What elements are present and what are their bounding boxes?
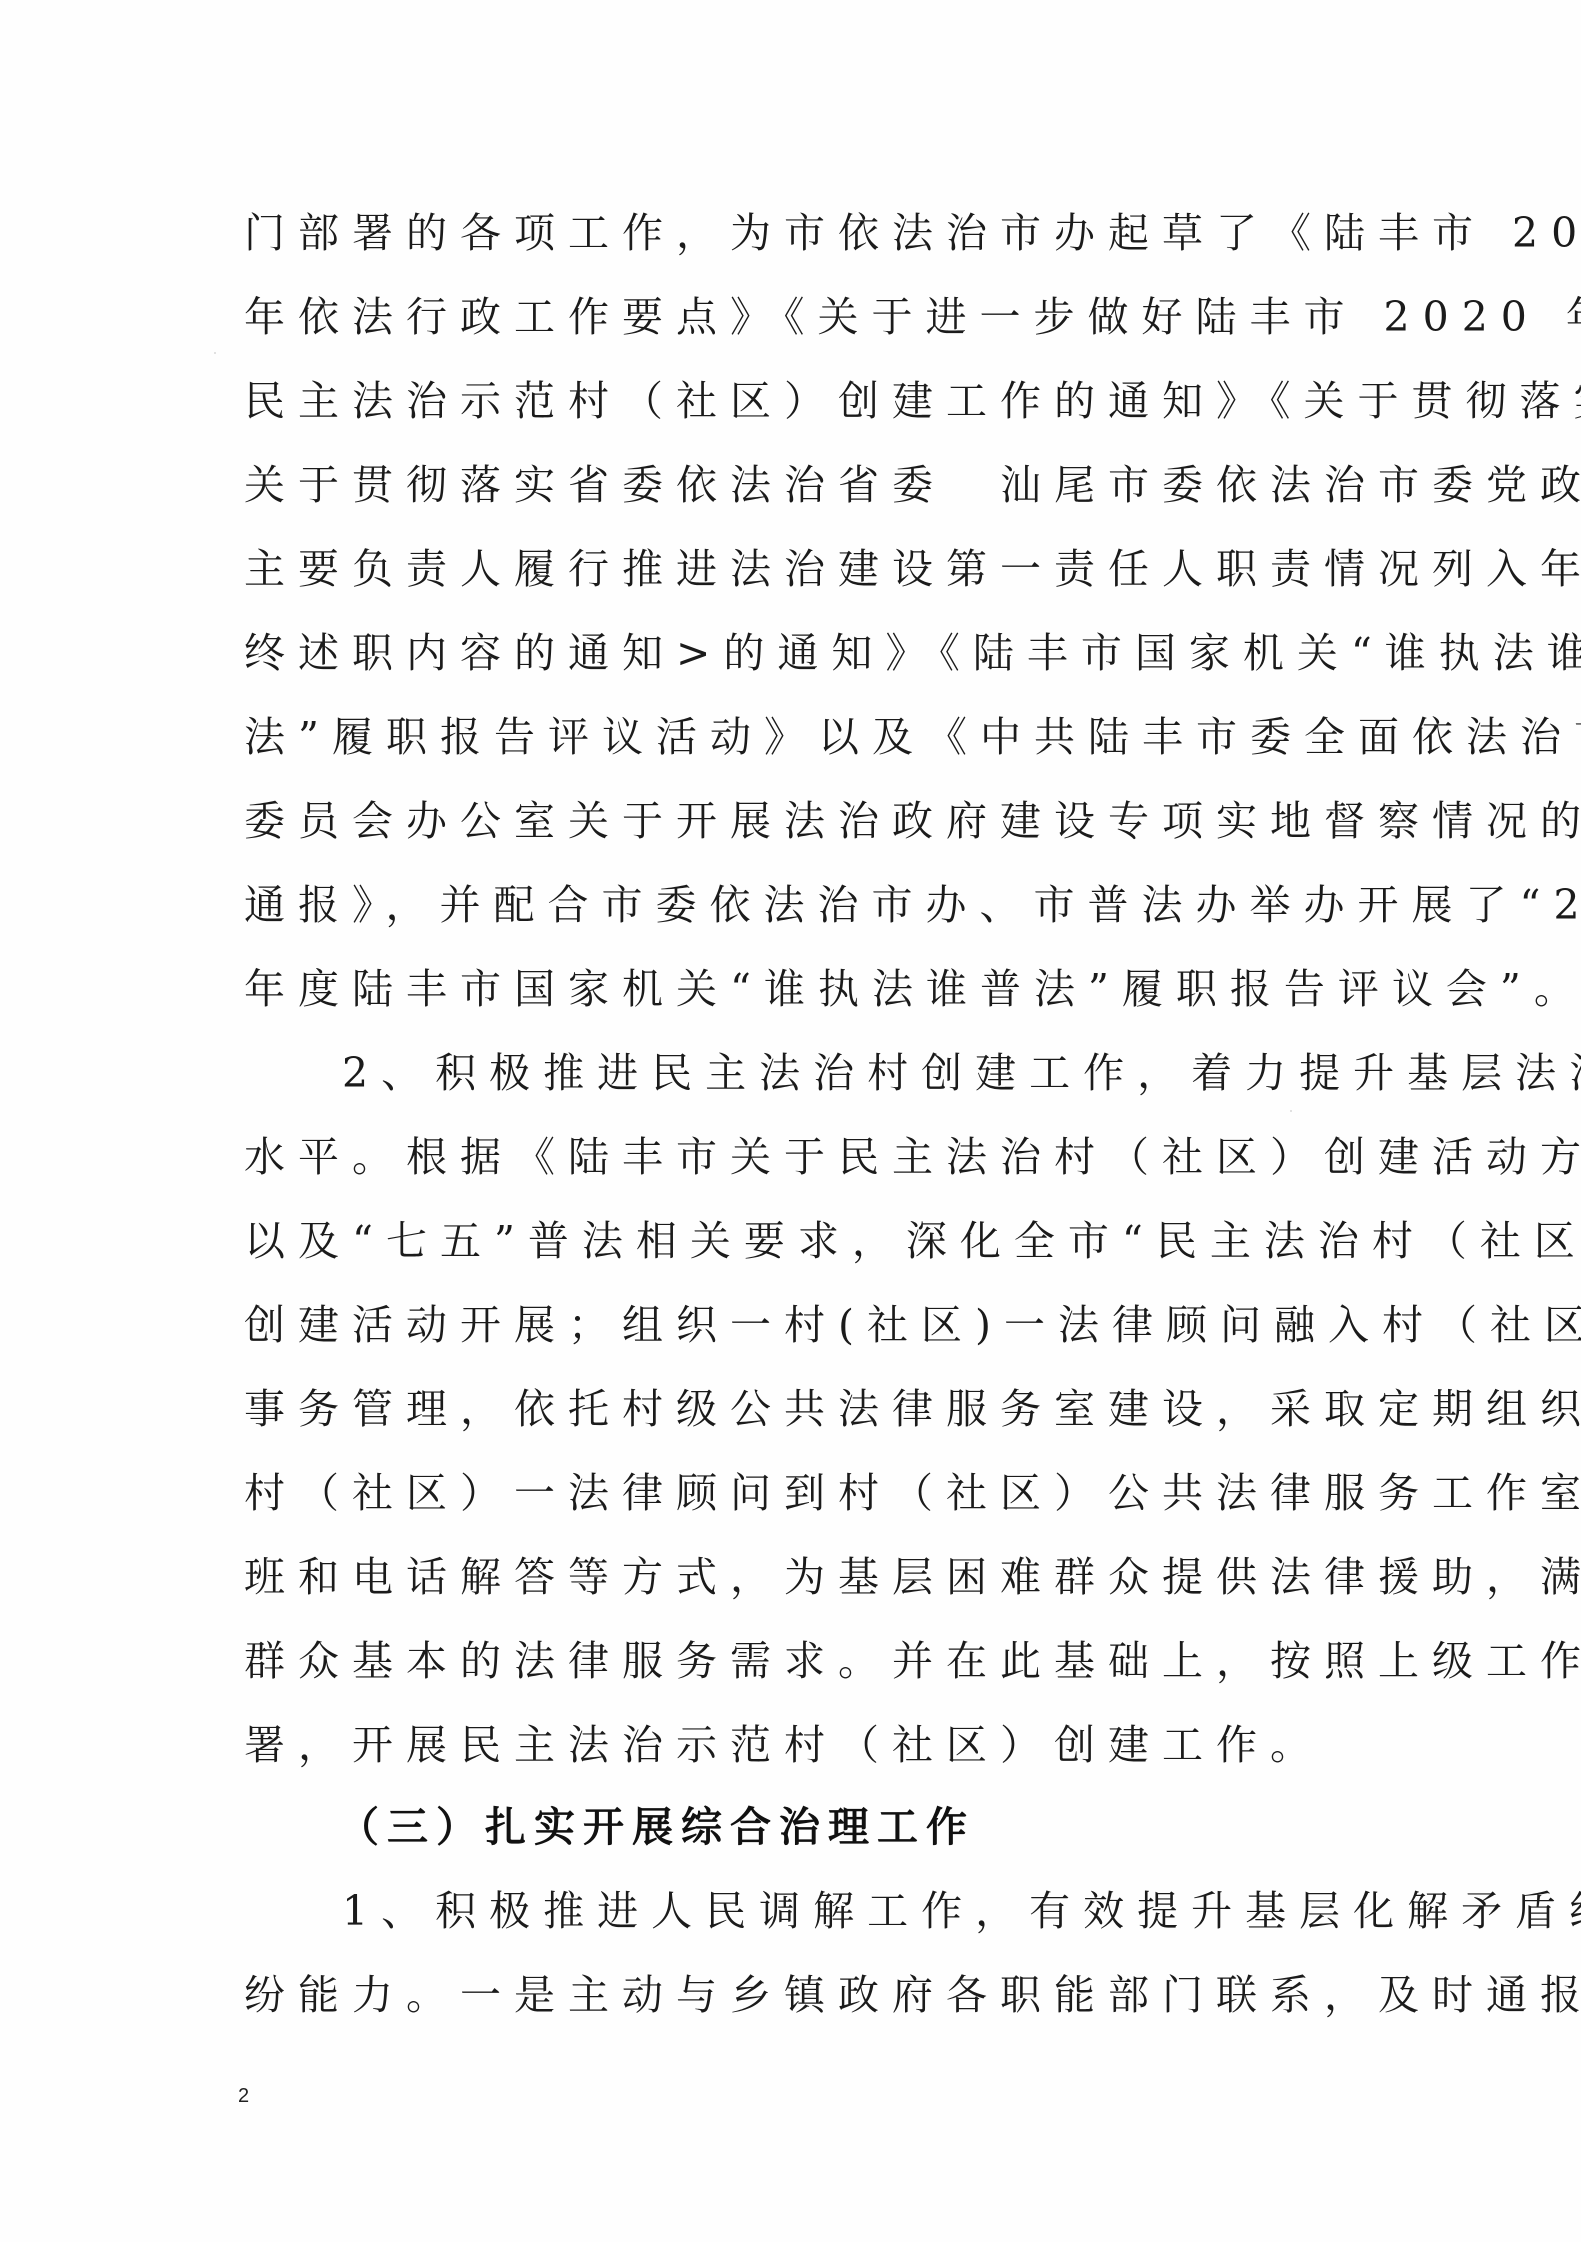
text-line: 水平。根据《陆丰市关于民主法治村（社区）创建活动方案》 — [244, 1129, 1348, 1185]
text-line: 年度陆丰市国家机关“谁执法谁普法”履职报告评议会”。 — [244, 961, 1348, 1017]
scan-speck — [1290, 1110, 1292, 1112]
text-line: 群众基本的法律服务需求。并在此基础上，按照上级工作部 — [244, 1633, 1348, 1689]
page-number: 2 — [238, 2084, 249, 2108]
paragraph-first-line: 1、积极推进人民调解工作，有效提升基层化解矛盾纠 — [342, 1883, 1348, 1939]
text-line: 委员会办公室关于开展法治政府建设专项实地督察情况的 — [244, 793, 1348, 849]
text-line: 终述职内容的通知>的通知》《陆丰市国家机关“谁执法谁普 — [244, 625, 1348, 681]
text-line: 通报》，并配合市委依法治市办、市普法办举办开展了“2020 — [244, 877, 1348, 933]
section-heading: （三）扎实开展综合治理工作 — [338, 1799, 975, 1855]
text-line: 年依法行政工作要点》《关于进一步做好陆丰市 2020 年省级 — [244, 289, 1348, 345]
text-line: 法”履职报告评议活动》以及《中共陆丰市委全面依法治市 — [244, 709, 1348, 765]
text-line: 主要负责人履行推进法治建设第一责任人职责情况列入年 — [244, 541, 1348, 597]
text-line: 村（社区）一法律顾问到村（社区）公共法律服务工作室值 — [244, 1465, 1348, 1521]
text-line: 班和电话解答等方式，为基层困难群众提供法律援助，满足 — [244, 1549, 1348, 1605]
text-line: 以及“七五”普法相关要求，深化全市“民主法治村（社区）” — [244, 1213, 1348, 1269]
text-line: 民主法治示范村（社区）创建工作的通知》《关于贯彻落实< — [244, 373, 1348, 429]
text-line: 创建活动开展；组织一村(社区)一法律顾问融入村（社区） — [244, 1297, 1348, 1353]
text-line: 门部署的各项工作，为市依法治市办起草了《陆丰市 2020 — [244, 205, 1348, 261]
text-line: 关于贯彻落实省委依法治省委 汕尾市委依法治市委党政 — [244, 457, 1348, 513]
text-line: 署，开展民主法治示范村（社区）创建工作。 — [244, 1717, 1348, 1773]
paragraph-first-line: 2、积极推进民主法治村创建工作，着力提升基层法治 — [342, 1045, 1348, 1101]
document-page: 门部署的各项工作，为市依法治市办起草了《陆丰市 2020 年依法行政工作要点》《… — [0, 0, 1581, 2242]
text-line: 事务管理，依托村级公共法律服务室建设，采取定期组织一 — [244, 1381, 1348, 1437]
scan-speck — [214, 352, 216, 354]
text-line: 纷能力。一是主动与乡镇政府各职能部门联系，及时通报矛 — [244, 1967, 1348, 2023]
